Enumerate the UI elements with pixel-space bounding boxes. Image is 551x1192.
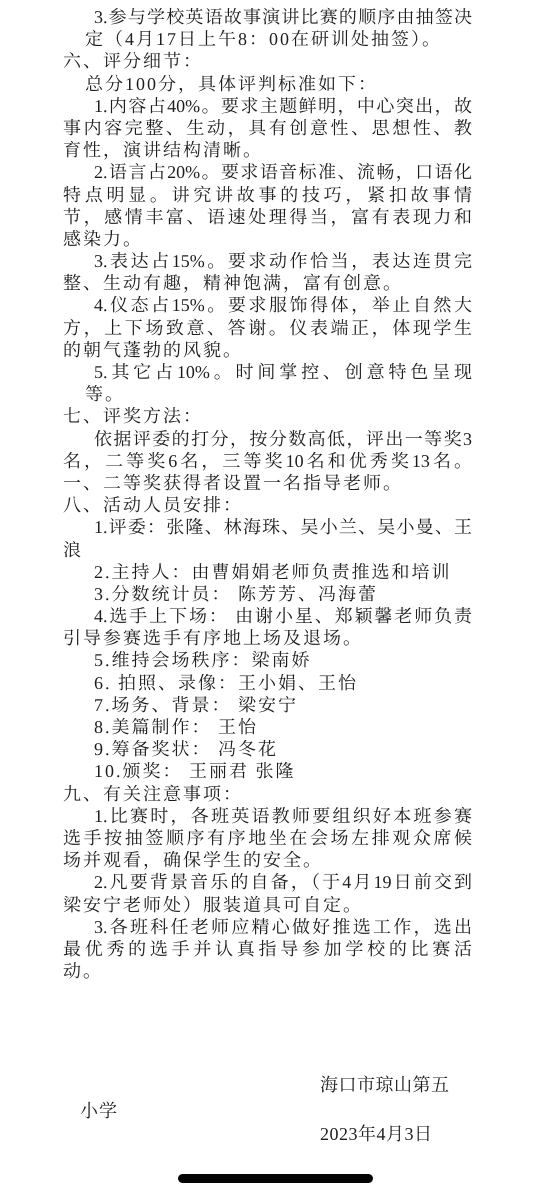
text-line: 场并观看，确保学生的安全。: [63, 849, 472, 871]
document-page: 3.参与学校英语故事演讲比赛的顺序由抽签决定（4月17日上午8：00在研训处抽签…: [0, 0, 551, 1192]
home-indicator-bar[interactable]: [178, 1174, 373, 1183]
text-line: 六、评分细节：: [63, 50, 472, 72]
text-line: 2.凡要背景音乐的自备，（于4月19日前交到: [63, 871, 472, 893]
text-line: 方，上下场致意、答谢。仪表端正，体现学生: [63, 317, 472, 339]
text-line: 动。: [63, 960, 472, 982]
text-line: 育性，演讲结构清晰。: [63, 139, 472, 161]
text-line: 感染力。: [63, 228, 472, 250]
text-line: 5.其它占10%。时间掌控、创意特色呈现: [63, 361, 472, 383]
text-line: 3.参与学校英语故事演讲比赛的顺序由抽签决: [63, 6, 472, 28]
text-line: 10.颁奖： 王丽君 张隆: [63, 760, 472, 782]
signature-school-line2: 小学: [80, 1097, 118, 1123]
text-line: 2.主持人：由曹娟娟老师负责推选和培训: [63, 561, 472, 583]
text-line: 特点明显。讲究讲故事的技巧，紧扣故事情: [63, 184, 472, 206]
text-line: 3.各班科任老师应精心做好推选工作，选出: [63, 916, 472, 938]
text-line: 8.美篇制作： 王怡: [63, 716, 472, 738]
signature-date: 2023年4月3日: [320, 1120, 433, 1146]
text-line: 梁安宁老师处）服装道具可自定。: [63, 894, 472, 916]
text-line: 4.仪态占15%。要求服饰得体，举止自然大: [63, 294, 472, 316]
text-line: 5.维持会场秩序：梁南娇: [63, 649, 472, 671]
text-line: 2.语言占20%。要求语音标准、流畅，口语化: [63, 161, 472, 183]
text-line: 定（4月17日上午8：00在研训处抽签）。: [63, 28, 472, 50]
text-line: 依据评委的打分，按分数高低，评出一等奖3: [63, 428, 472, 450]
text-line: 引导参赛选手有序地上场及退场。: [63, 627, 472, 649]
text-line: 总分100分，具体评判标准如下：: [63, 73, 472, 95]
text-line: 1.比赛时，各班英语教师要组织好本班参赛: [63, 805, 472, 827]
text-line: 最优秀的选手并认真指导参加学校的比赛活: [63, 938, 472, 960]
text-line: 事内容完整、生动，具有创意性、思想性、教: [63, 117, 472, 139]
text-line: 八、活动人员安排：: [63, 494, 472, 516]
text-line: 七、评奖方法：: [63, 405, 472, 427]
text-line: 一、二等奖获得者设置一名指导老师。: [63, 472, 472, 494]
text-line: 6. 拍照、录像：王小娟、王怡: [63, 672, 472, 694]
text-line: 名，二等奖6名，三等奖10名和优秀奖13名。: [63, 450, 472, 472]
text-line: 选手按抽签顺序有序地坐在会场左排观众席候: [63, 827, 472, 849]
text-line: 1.内容占40%。要求主题鲜明，中心突出，故: [63, 95, 472, 117]
text-line: 3.分数统计员： 陈芳芳、冯海蕾: [63, 583, 472, 605]
text-line: 的朝气蓬勃的风貌。: [63, 339, 472, 361]
text-line: 4.选手上下场： 由谢小星、郑颖馨老师负责: [63, 605, 472, 627]
text-line: 7.场务、背景： 梁安宁: [63, 694, 472, 716]
text-line: 节，感情丰富、语速处理得当，富有表现力和: [63, 206, 472, 228]
text-line: 九、有关注意事项：: [63, 783, 472, 805]
text-line: 1.评委：张隆、林海珠、吴小兰、吴小曼、王: [63, 516, 472, 538]
document-body: 3.参与学校英语故事演讲比赛的顺序由抽签决定（4月17日上午8：00在研训处抽签…: [63, 6, 472, 982]
text-line: 9.筹备奖状： 冯冬花: [63, 738, 472, 760]
text-line: 浪: [63, 539, 472, 561]
signature-school-line1: 海口市琼山第五: [320, 1071, 450, 1097]
text-line: 整、生动有趣，精神饱满，富有创意。: [63, 272, 472, 294]
text-line: 等。: [63, 383, 472, 405]
text-line: 3.表达占15%。要求动作恰当，表达连贯完: [63, 250, 472, 272]
